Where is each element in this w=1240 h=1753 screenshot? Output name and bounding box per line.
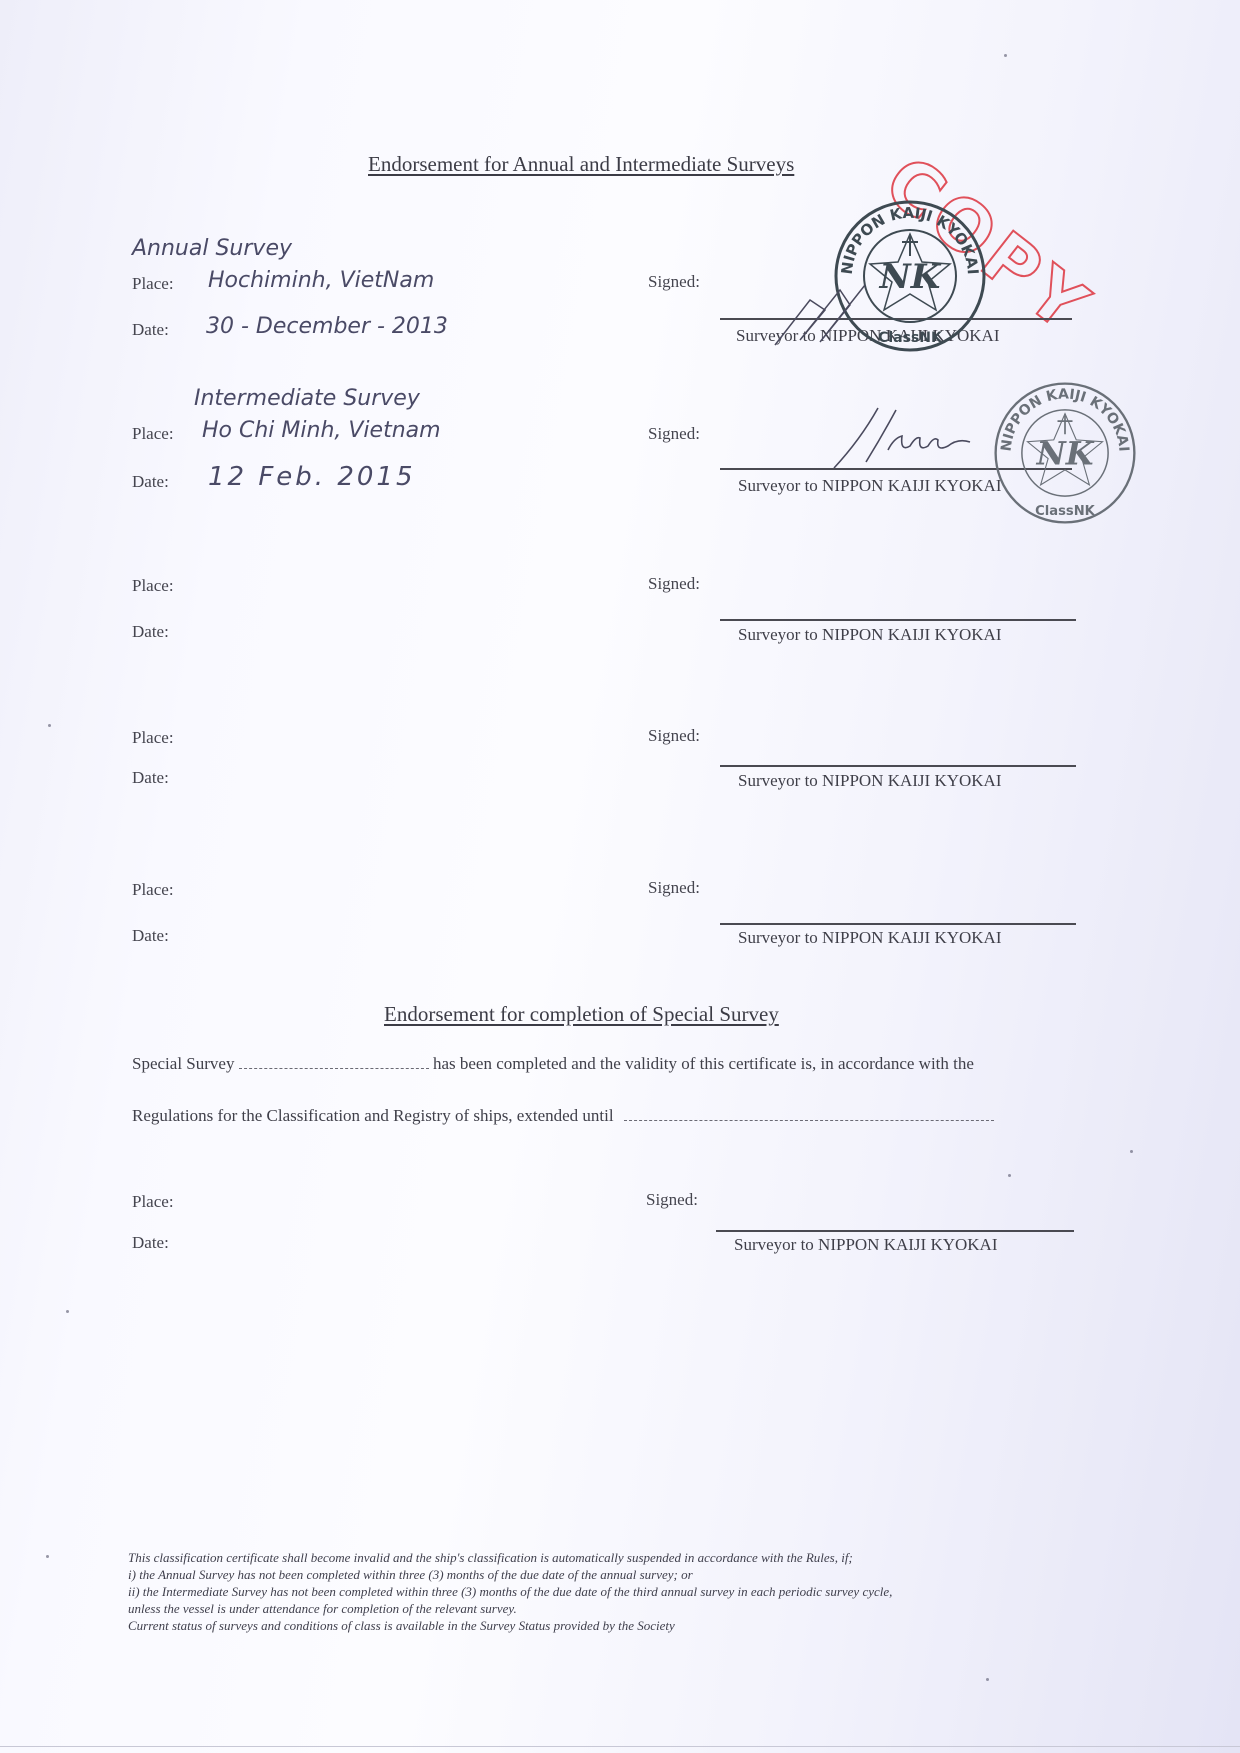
footer-note: This classification certificate shall be… <box>128 1549 892 1634</box>
surveyor-caption: Surveyor to NIPPON KAIJI KYOKAI <box>738 928 1001 948</box>
signature-scribble <box>830 400 1000 472</box>
surveyor-caption: Surveyor to NIPPON KAIJI KYOKAI <box>734 1235 997 1255</box>
footer-line-1: This classification certificate shall be… <box>128 1549 892 1566</box>
place-label: Place: <box>132 274 174 294</box>
date-label: Date: <box>132 320 169 340</box>
surveyor-caption: Surveyor to NIPPON KAIJI KYOKAI <box>738 625 1001 645</box>
scan-speck <box>48 724 51 727</box>
survey-type-handwritten: Intermediate Survey <box>194 386 420 411</box>
scan-speck <box>66 1310 69 1313</box>
surveyor-caption: Surveyor to NIPPON KAIJI KYOKAI <box>738 771 1001 791</box>
place-label: Place: <box>132 1192 174 1212</box>
scan-speck <box>1004 54 1007 57</box>
survey-type-handwritten: Annual Survey <box>132 236 292 261</box>
place-label: Place: <box>132 880 174 900</box>
place-label: Place: <box>132 728 174 748</box>
special-survey-suffix: has been completed and the validity of t… <box>433 1054 974 1073</box>
signed-label: Signed: <box>648 574 700 594</box>
nk-seal-icon: NIPPON KAIJI KYOKAI NK ClassNK <box>990 378 1140 528</box>
place-value: Hochiminh, VietNam <box>208 268 434 293</box>
section-title-annual-intermediate: Endorsement for Annual and Intermediate … <box>368 152 794 177</box>
date-value: 30 - December - 2013 <box>206 314 448 339</box>
regulations-text: Regulations for the Classification and R… <box>132 1106 614 1125</box>
svg-text:ClassNK: ClassNK <box>1035 504 1096 519</box>
date-label: Date: <box>132 622 169 642</box>
signed-label: Signed: <box>648 878 700 898</box>
date-value: 12 Feb. 2015 <box>208 462 416 492</box>
date-label: Date: <box>132 926 169 946</box>
signature-scribble <box>770 270 900 350</box>
date-label: Date: <box>132 472 169 492</box>
footer-line-3: ii) the Intermediate Survey has not been… <box>128 1583 892 1600</box>
special-survey-line-2: Regulations for the Classification and R… <box>132 1106 994 1126</box>
signed-label: Signed: <box>648 272 700 292</box>
signature-line <box>720 765 1076 767</box>
signature-line <box>720 619 1076 621</box>
surveyor-caption: Surveyor to NIPPON KAIJI KYOKAI <box>738 476 1001 496</box>
place-value: Ho Chi Minh, Vietnam <box>202 418 441 443</box>
scan-speck <box>986 1678 989 1681</box>
signed-label: Signed: <box>648 726 700 746</box>
place-label: Place: <box>132 424 174 444</box>
signature-line <box>720 923 1076 925</box>
date-label: Date: <box>132 1233 169 1253</box>
svg-text:NK: NK <box>1036 434 1095 472</box>
special-survey-line-1: Special Survey has been completed and th… <box>132 1054 974 1074</box>
extended-until-field[interactable] <box>624 1108 994 1121</box>
footer-line-4: unless the vessel is under attendance fo… <box>128 1600 892 1617</box>
footer-line-2: i) the Annual Survey has not been comple… <box>128 1566 892 1583</box>
section-title-special-survey: Endorsement for completion of Special Su… <box>384 1002 779 1027</box>
date-label: Date: <box>132 768 169 788</box>
special-survey-prefix: Special Survey <box>132 1054 234 1073</box>
scan-speck <box>46 1555 49 1558</box>
signed-label: Signed: <box>646 1190 698 1210</box>
signature-line <box>716 1230 1074 1232</box>
scan-speck <box>1008 1174 1011 1177</box>
scan-speck <box>1130 1150 1133 1153</box>
footer-line-5: Current status of surveys and conditions… <box>128 1617 892 1634</box>
page-edge <box>0 1746 1240 1747</box>
signed-label: Signed: <box>648 424 700 444</box>
place-label: Place: <box>132 576 174 596</box>
special-survey-completed-field[interactable] <box>239 1056 429 1069</box>
